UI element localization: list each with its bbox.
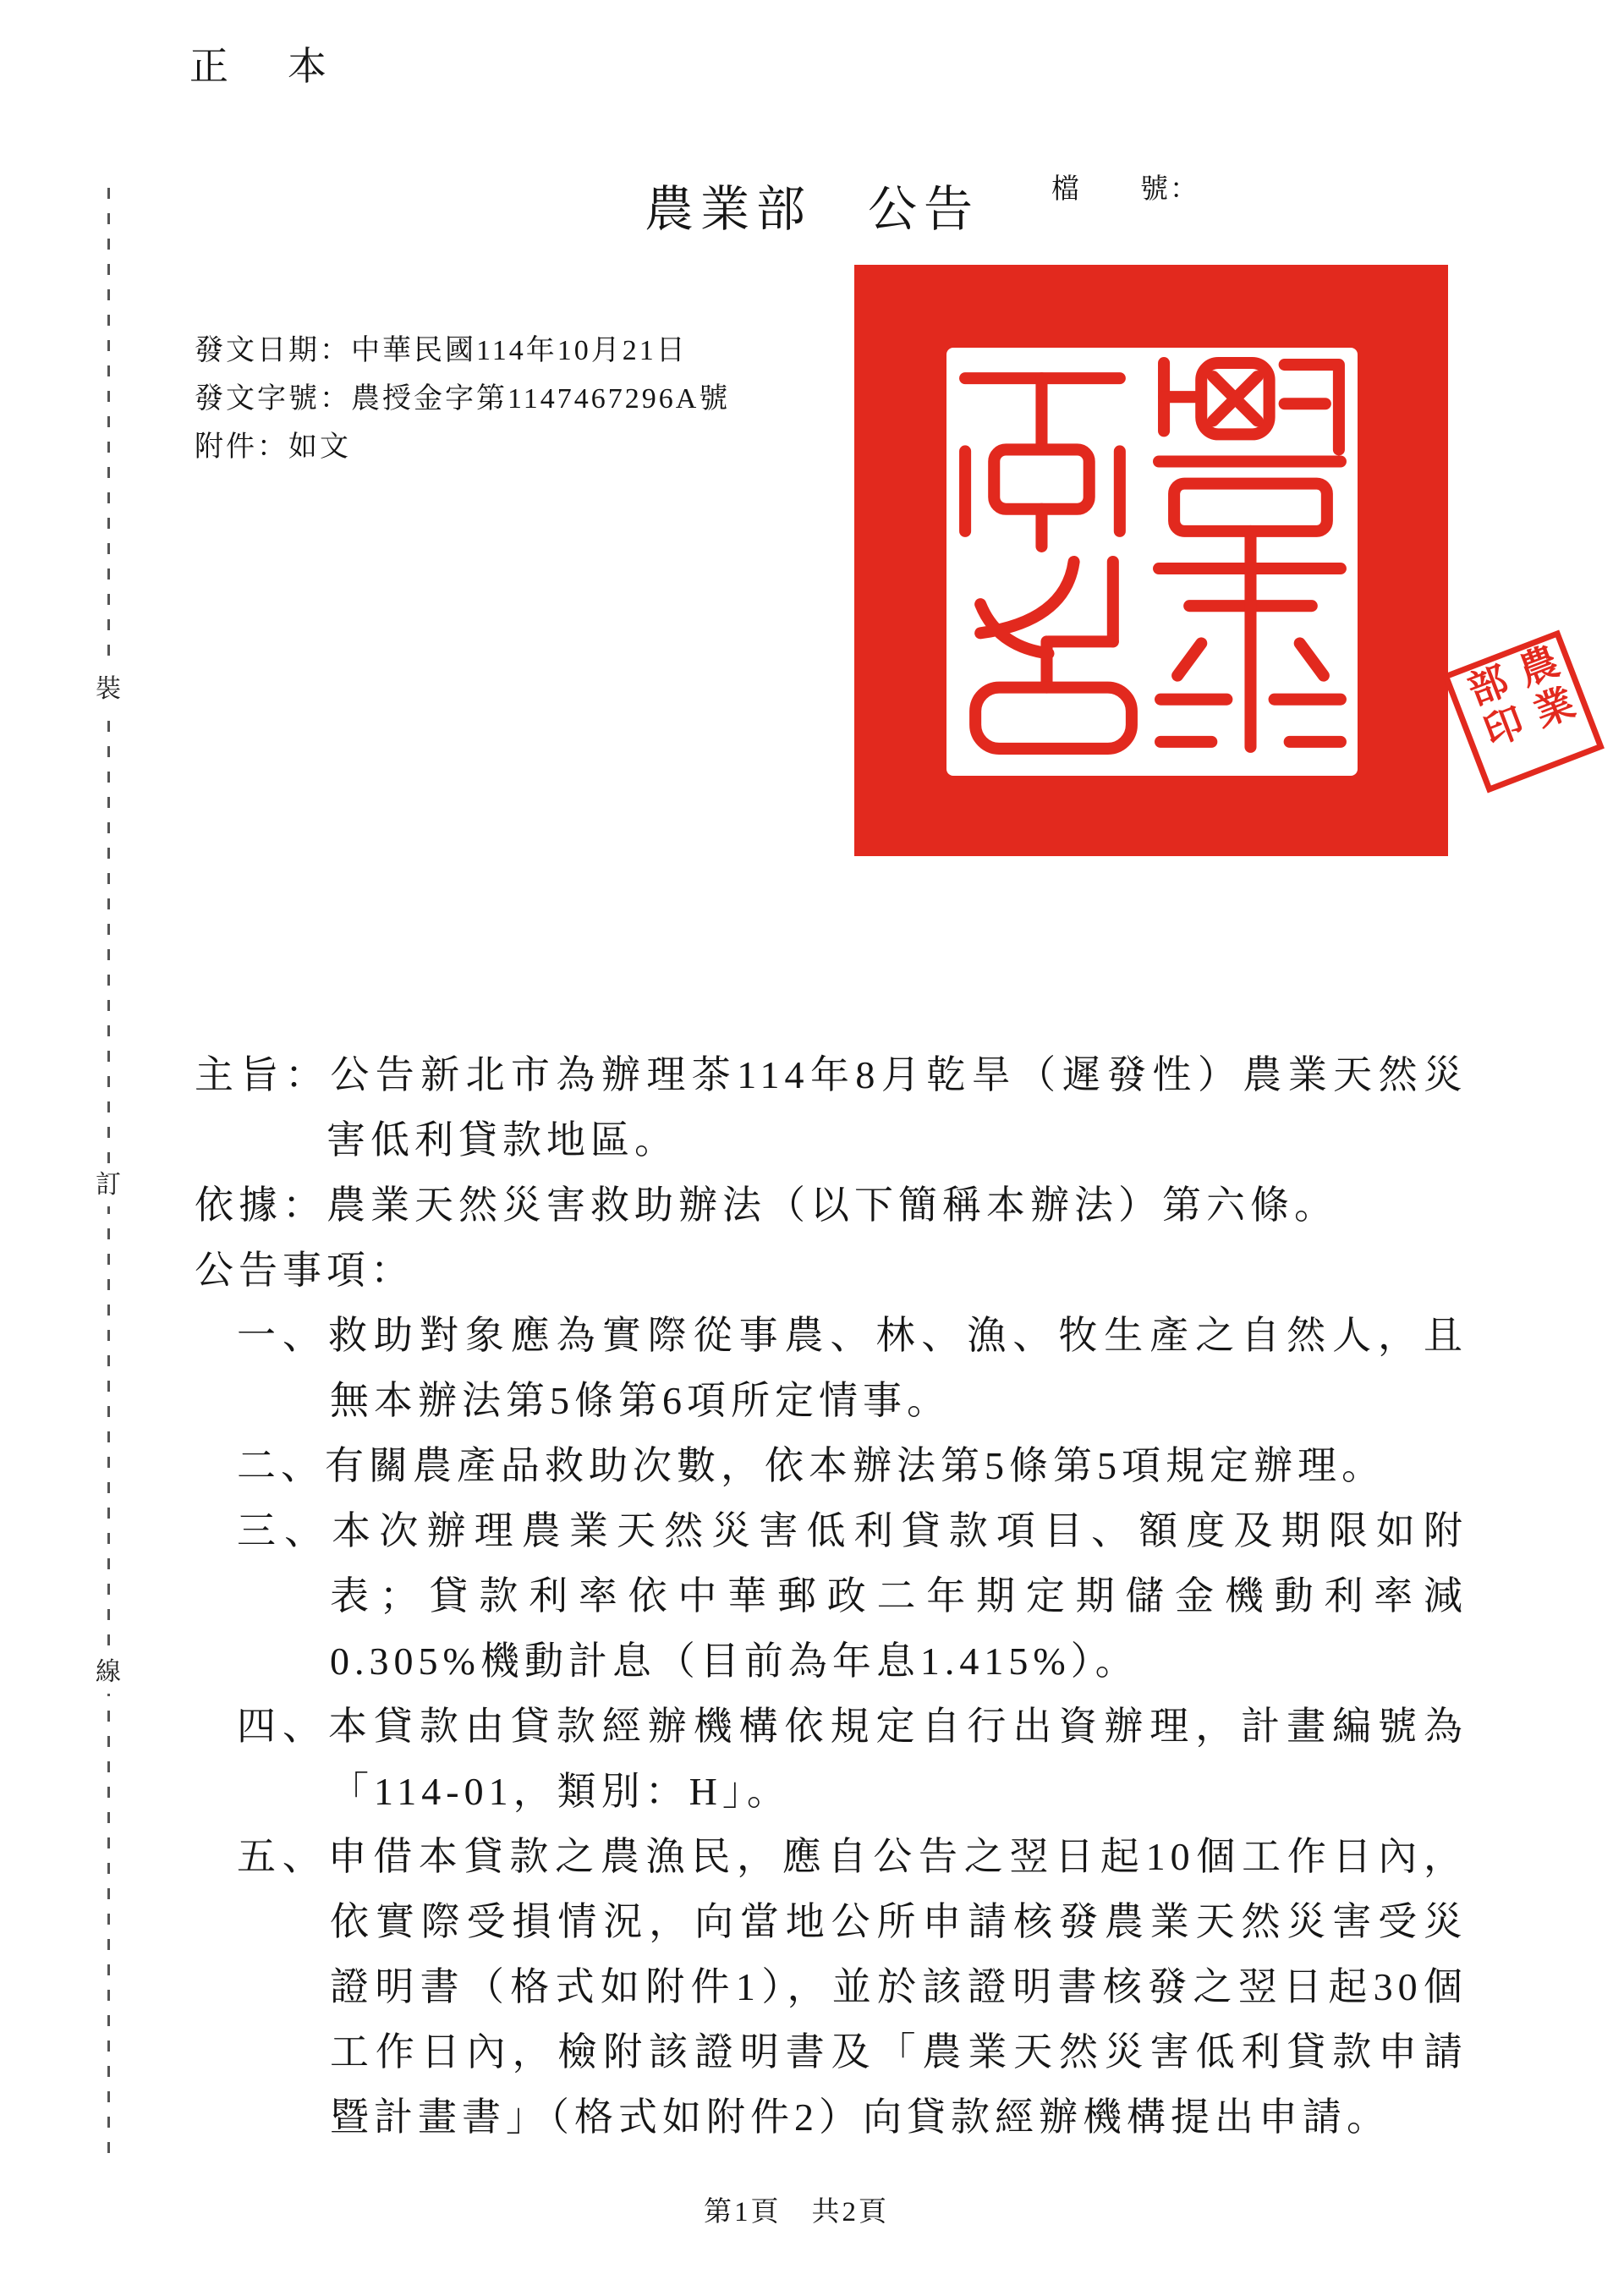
binding-char-ding: 訂 xyxy=(94,1164,123,1206)
paragraph-label: 三、 xyxy=(237,1509,332,1552)
subject-paragraph: 主旨：公告新北市為辦理茶114年8月乾旱（遲發性）農業天然災害低利貸款地區。 xyxy=(195,1042,1468,1173)
ministry-seal xyxy=(854,265,1448,856)
paragraph-text: 本次辦理農業天然災害低利貸款項目、額度及期限如附表；貸款利率依中華郵政二年期定期… xyxy=(330,1509,1468,1683)
seal-script-art xyxy=(946,348,1358,776)
ministry-seal-inner xyxy=(946,348,1358,776)
paragraph-text: 救助對象應為實際從事農、林、漁、牧生產之自然人，且無本辦法第5條第6項所定情事。 xyxy=(328,1314,1468,1422)
binding-char-xian: 線 xyxy=(94,1651,123,1694)
item-4: 四、本貸款由貸款經辦機構依規定自行出資辦理，計畫編號為「114-01，類別：H」… xyxy=(195,1694,1468,1824)
copy-type-label: 正 本 xyxy=(189,36,337,91)
issuing-metadata: 發文日期：中華民國114年10月21日 發文字號：農授金字第1147467296… xyxy=(195,327,730,471)
paragraph-label: 五、 xyxy=(237,1835,327,1878)
paging-seal: 農業部印 xyxy=(1442,629,1605,793)
paragraph-text: 有關農產品救助次數，依本辦法第5條第5項規定辦理。 xyxy=(325,1444,1385,1487)
item-1: 一、救助對象應為實際從事農、林、漁、牧生產之自然人，且無本辦法第5條第6項所定情… xyxy=(195,1303,1468,1433)
announcement-body: 主旨：公告新北市為辦理茶114年8月乾旱（遲發性）農業天然災害低利貸款地區。 依… xyxy=(195,1042,1468,2150)
paragraph-text: 公告新北市為辦理茶114年8月乾旱（遲發性）農業天然災害低利貸款地區。 xyxy=(326,1053,1468,1162)
paging-seal-text: 農業部印 xyxy=(1452,639,1594,785)
paragraph-text: 本貸款由貸款經辦機構依規定自行出資辦理，計畫編號為「114-01，類別：H」。 xyxy=(328,1705,1468,1813)
item-2: 二、有關農產品救助次數，依本辦法第5條第5項規定辦理。 xyxy=(195,1433,1468,1498)
paragraph-text: 公告事項： xyxy=(195,1249,414,1292)
paragraph-text: 申借本貸款之農漁民，應自公告之翌日起10個工作日內，依實際受損情況，向當地公所申… xyxy=(327,1835,1468,2139)
item-3: 三、本次辦理農業天然災害低利貸款項目、額度及期限如附表；貸款利率依中華郵政二年期… xyxy=(195,1498,1468,1694)
paragraph-label: 二、 xyxy=(237,1444,325,1487)
page-number-footer: 第1頁 共2頁 xyxy=(704,2189,889,2229)
issue-date-line: 發文日期：中華民國114年10月21日 xyxy=(195,327,730,375)
binding-char-zhuang: 裝 xyxy=(94,668,123,711)
paragraph-label: 一、 xyxy=(237,1314,328,1357)
paragraph-label: 主旨： xyxy=(195,1053,330,1096)
paragraph-label: 依據： xyxy=(195,1184,326,1227)
paragraph-label: 四、 xyxy=(237,1705,328,1748)
official-announcement-page: 正 本 檔 號： 保存年限： 農業部 公告 發文日期：中華民國114年10月21… xyxy=(0,0,1624,2296)
item-5: 五、申借本貸款之農漁民，應自公告之翌日起10個工作日內，依實際受損情況，向當地公… xyxy=(195,1824,1468,2150)
document-title: 農業部 公告 xyxy=(0,169,1624,240)
items-heading: 公告事項： xyxy=(195,1238,1468,1303)
attachment-line: 附件：如文 xyxy=(195,423,730,471)
document-number-line: 發文字號：農授金字第1147467296A號 xyxy=(195,375,730,423)
basis-paragraph: 依據：農業天然災害救助辦法（以下簡稱本辦法）第六條。 xyxy=(195,1173,1468,1238)
paragraph-text: 農業天然災害救助辦法（以下簡稱本辦法）第六條。 xyxy=(326,1184,1338,1227)
